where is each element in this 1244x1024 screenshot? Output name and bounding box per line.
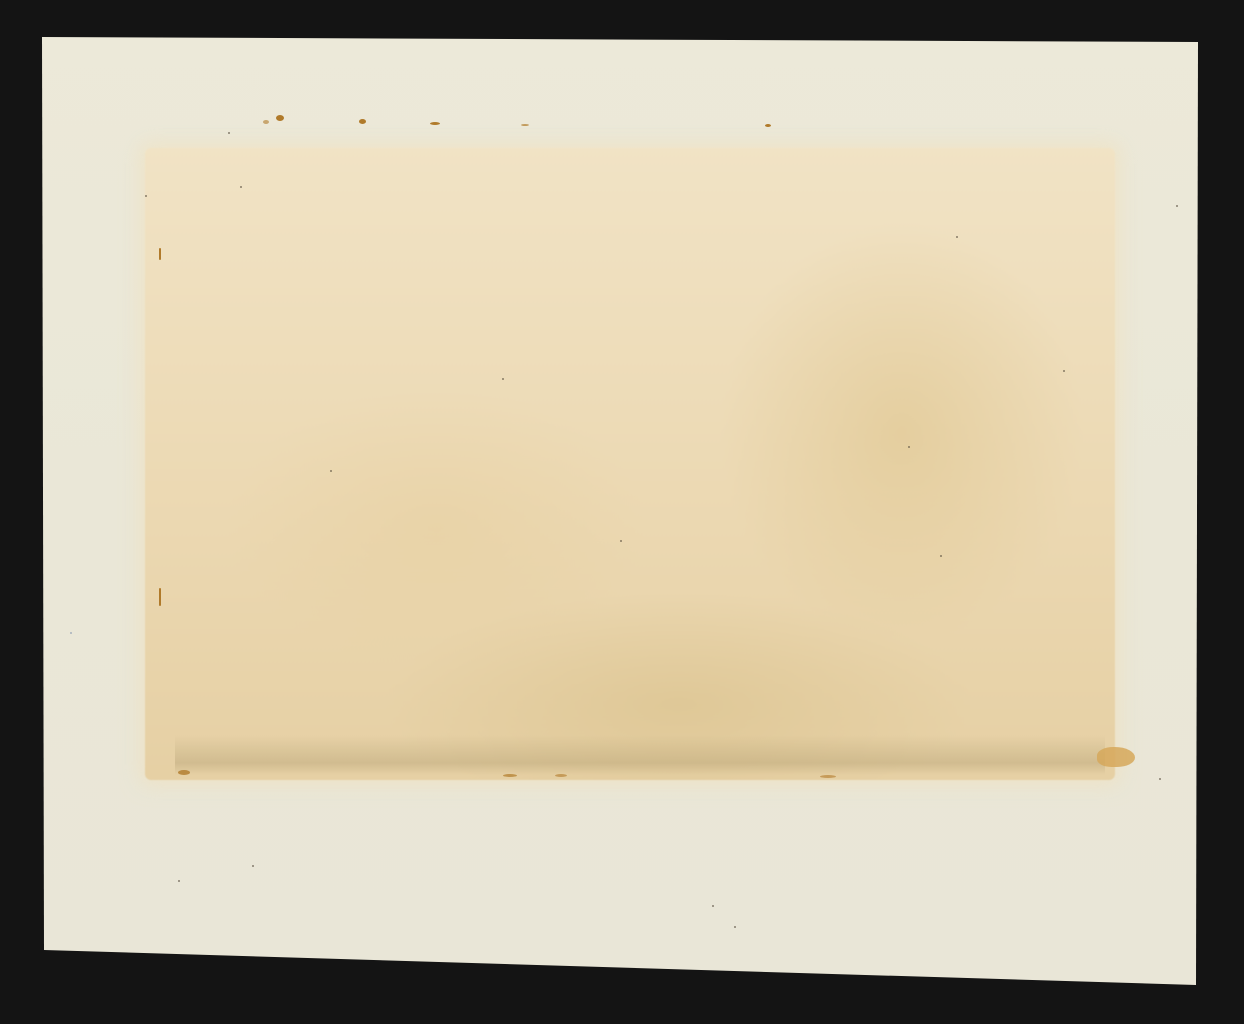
paper-speck [1176,205,1178,207]
foxing-spot [263,120,269,124]
paper-speck [330,470,332,472]
foxing-spot [503,774,517,777]
foxing-spot [159,248,161,260]
paper-speck [712,905,714,907]
offset-stain-area [145,148,1115,780]
foxing-spot [359,119,366,124]
stain-bottom-edge [175,735,1105,775]
paper-speck [620,540,622,542]
foxing-spot [1097,747,1135,767]
paper-speck [178,880,180,882]
foxing-spot [159,588,161,606]
foxing-spot [555,774,567,777]
foxing-spot [765,124,771,127]
foxing-spot [430,122,440,125]
foxing-spot [820,775,836,778]
foxing-spot [276,115,284,121]
paper-speck [502,378,504,380]
photo-scene [0,0,1244,1024]
paper-speck [252,865,254,867]
paper-speck [908,446,910,448]
foxing-spot [178,770,190,775]
paper-speck [734,926,736,928]
paper-speck [1063,370,1065,372]
paper-speck [240,186,242,188]
foxing-spot [521,124,529,126]
paper-speck [940,555,942,557]
paper-speck [228,132,230,134]
paper-speck [145,195,147,197]
paper-speck [70,632,72,634]
paper-speck [956,236,958,238]
paper-speck [1159,778,1161,780]
